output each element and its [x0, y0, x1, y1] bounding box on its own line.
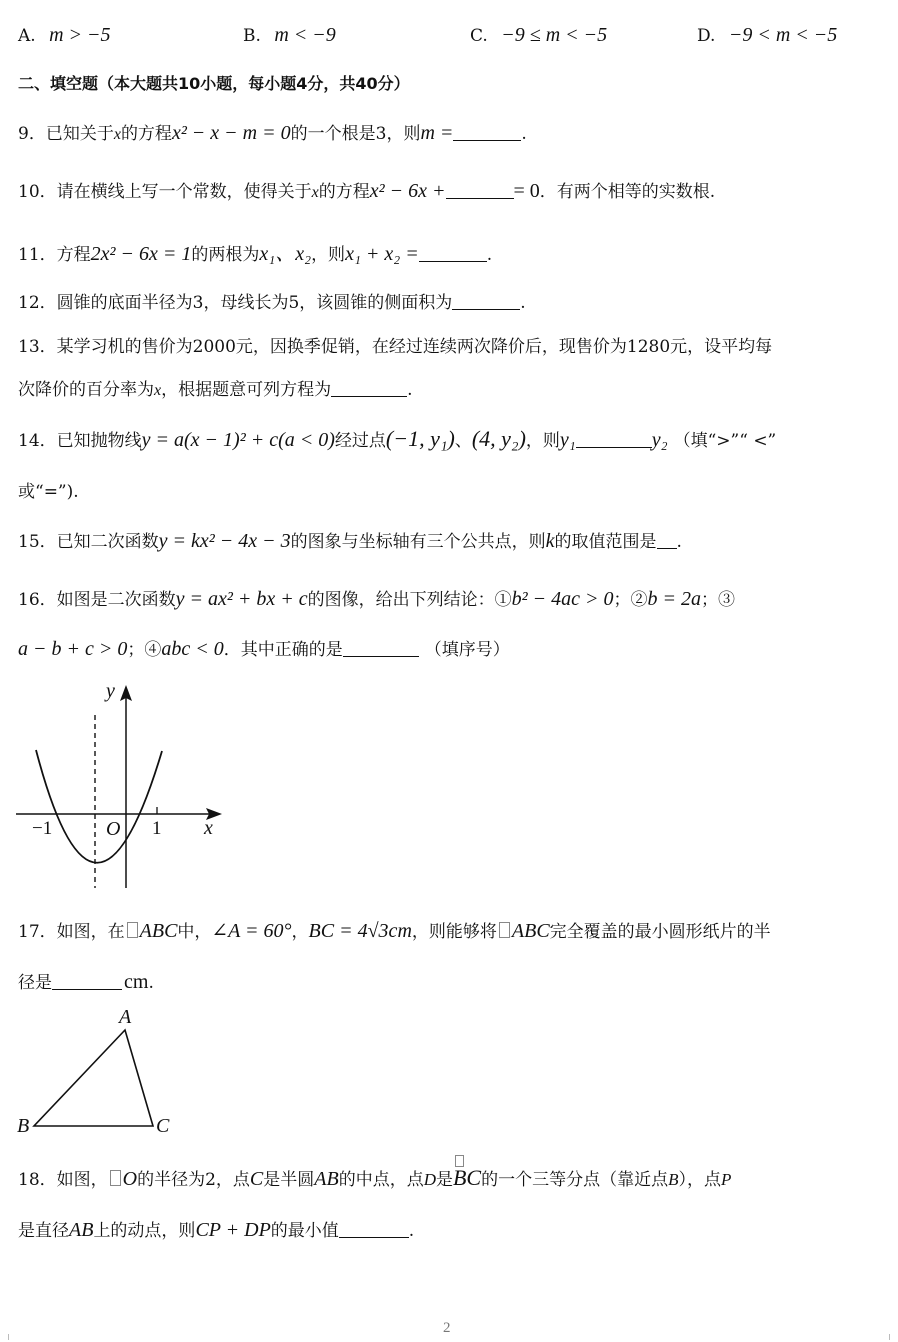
text: 次降价的百分率为 [18, 380, 154, 400]
y-axis-label: y [106, 680, 115, 703]
question-17-line2: 径是cm. [18, 968, 154, 994]
text: 是半圆 [263, 1170, 314, 1190]
option-letter: A. [18, 26, 36, 46]
option-b: B. m < −9 [243, 24, 336, 47]
page-corner-mark [8, 1334, 9, 1340]
text: ．有两个相等的实数根. [540, 182, 715, 202]
text: ），点 [679, 1170, 722, 1190]
question-11: 11．方程2x² − 6x = 1的两根为x₁、x₂，则x₁ + x₂ =. [18, 237, 492, 266]
question-number: 13． [18, 337, 57, 357]
option-letter: D. [697, 26, 715, 46]
text: 经过点 [335, 431, 386, 451]
point: (−1, y₁) [386, 426, 455, 451]
text: ， [292, 922, 309, 942]
math: AB [314, 1168, 338, 1190]
text: ；③ [701, 590, 735, 610]
math: x [114, 126, 121, 143]
text: 如图是二次函数 [57, 590, 176, 610]
text: 、 [455, 431, 472, 451]
text: 径是 [18, 973, 52, 993]
text: 的中点，点 [339, 1170, 424, 1190]
text: （填“>”“ <” [674, 431, 777, 451]
text: 完全覆盖的最小圆形纸片的半 [550, 922, 771, 942]
text: 圆锥的底面半径为3，母线长为5，该圆锥的侧面积为 [57, 293, 453, 313]
question-18-line2: 是直径AB上的动点，则CP + DP的最小值. [18, 1216, 414, 1242]
equation: y = a(x − 1)² + c(a < 0) [142, 429, 335, 451]
math: y₂ [652, 429, 668, 451]
text: ，根据题意可列方程为 [161, 380, 331, 400]
answer-blank[interactable] [52, 972, 122, 990]
question-16-line2: a − b + c > 0；④abc < 0．其中正确的是（填序号） [18, 635, 510, 661]
text: 的方程 [319, 182, 370, 202]
text: 是直径 [18, 1221, 69, 1241]
text: 的图像，给出下列结论：① [308, 590, 512, 610]
question-number: 15． [18, 532, 57, 552]
math: ABC [512, 920, 550, 942]
text: 中， [177, 922, 211, 942]
tick-label-1: 1 [152, 818, 162, 840]
conclusion-4: abc < 0 [161, 638, 223, 660]
text: （填序号） [425, 640, 510, 660]
answer-blank[interactable] [452, 292, 520, 310]
text: . [521, 124, 526, 144]
equation: y = ax² + bx + c [176, 588, 308, 610]
text: ，则 [311, 245, 345, 265]
question-16: 16．如图是二次函数y = ax² + bx + c的图像，给出下列结论：①b²… [18, 585, 735, 611]
circle-symbol-icon [110, 1170, 121, 1186]
x-axis-label: x [204, 817, 213, 840]
text: ，则 [526, 431, 560, 451]
option-expr: m < −9 [274, 24, 335, 46]
math: x₁ + x₂ = [345, 243, 419, 265]
text: 已知抛物线 [57, 431, 142, 451]
question-9: 9．已知关于x的方程x² − x − m = 0的一个根是3，则m =. [18, 119, 527, 145]
question-number: 11． [18, 245, 57, 265]
question-13-line2: 次降价的百分率为x，根据题意可列方程为. [18, 375, 413, 400]
answer-blank[interactable] [446, 181, 514, 199]
answer-blank[interactable] [453, 123, 521, 141]
option-d: D. −9 < m < −5 [697, 24, 837, 47]
text: 是 [436, 1170, 453, 1190]
equation: x² − x − m = 0 [172, 122, 291, 144]
question-15: 15．已知二次函数y = kx² − 4x − 3的图象与坐标轴有三个公共点，则… [18, 527, 682, 553]
question-number: 14． [18, 431, 57, 451]
math: BC [453, 1165, 481, 1190]
math: k [546, 530, 555, 552]
conclusion-3: a − b + c > 0 [18, 638, 127, 660]
math: D [424, 1170, 436, 1189]
conclusion-2: b = 2a [648, 588, 702, 610]
question-number: 17． [18, 922, 57, 942]
text: 如图，在 [57, 922, 125, 942]
math: m = [420, 122, 453, 144]
option-letter: C. [470, 26, 488, 46]
option-expr: −9 ≤ m < −5 [501, 24, 607, 46]
text: 的最小值 [271, 1221, 339, 1241]
equation: x² − 6x + [370, 180, 446, 202]
question-number: 16． [18, 590, 57, 610]
triangle-symbol-icon [499, 922, 510, 938]
option-expr: m > −5 [49, 24, 110, 46]
point: (4, y₂) [472, 426, 526, 451]
triangle-figure: A B C [0, 1000, 260, 1150]
answer-blank[interactable] [576, 430, 652, 448]
question-13: 13．某学习机的售价为2000元，因换季促销，在经过连续两次降价后，现售价为12… [18, 332, 772, 357]
text: 的取值范围是 [555, 532, 657, 552]
math: BC = 4√3cm [309, 920, 412, 942]
text: 如图， [57, 1170, 108, 1190]
arc-symbol-icon [455, 1155, 464, 1167]
question-14-line2: 或“=”). [18, 477, 79, 502]
text: ．其中正确的是 [224, 640, 343, 660]
text: . [487, 245, 492, 265]
text: 上的动点，则 [93, 1221, 195, 1241]
option-letter: B. [243, 26, 261, 46]
text: . [148, 973, 153, 993]
answer-blank[interactable] [343, 639, 419, 657]
text: . [520, 293, 525, 313]
text: 某学习机的售价为2000元，因换季促销，在经过连续两次降价后，现售价为1280元… [57, 337, 773, 357]
origin-label: O [106, 818, 120, 841]
page-corner-mark [889, 1334, 890, 1340]
vertex-b-label: B [17, 1115, 29, 1138]
text: . [677, 532, 682, 552]
text: 的两根为 [191, 245, 259, 265]
math: CP + DP [195, 1219, 270, 1241]
question-18: 18．如图，O的半径为2，点C是半圆AB的中点，点D是BC的一个三等分点（靠近点… [18, 1165, 731, 1191]
answer-blank[interactable] [331, 379, 407, 397]
parabola-figure [0, 670, 260, 900]
text: ；② [614, 590, 648, 610]
equation: = 0 [514, 180, 540, 202]
option-a: A. m > −5 [18, 24, 111, 47]
math: C [250, 1168, 263, 1190]
arc-bc: BC [453, 1165, 481, 1191]
math: AB [69, 1219, 93, 1241]
text: 的图象与坐标轴有三个公共点，则 [291, 532, 546, 552]
text: . [407, 380, 412, 400]
text: 的半径为2，点 [137, 1170, 250, 1190]
text: 的一个根是3，则 [291, 124, 421, 144]
question-17: 17．如图，在ABC中，∠A = 60°，BC = 4√3cm，则能够将ABC完… [18, 917, 771, 943]
text: 的一个三等分点（靠近点 [481, 1170, 668, 1190]
question-number: 10． [18, 182, 57, 202]
question-14: 14．已知抛物线y = a(x − 1)² + c(a < 0)经过点(−1, … [18, 426, 776, 452]
answer-blank[interactable] [339, 1220, 409, 1238]
conclusion-1: b² − 4ac > 0 [512, 588, 614, 610]
text: ，则能够将 [412, 922, 497, 942]
equation: y = kx² − 4x − 3 [159, 530, 291, 552]
option-expr: −9 < m < −5 [729, 24, 837, 46]
option-c: C. −9 ≤ m < −5 [470, 24, 607, 47]
unit: cm [124, 971, 148, 993]
math: O [123, 1168, 137, 1190]
vertex-a-label: A [119, 1006, 131, 1029]
text: 请在横线上写一个常数，使得关于 [57, 182, 312, 202]
question-number: 18． [18, 1170, 57, 1190]
text: 的方程 [121, 124, 172, 144]
question-number: 9． [18, 124, 46, 144]
equation: 2x² − 6x = 1 [91, 243, 192, 265]
text: ；④ [127, 640, 161, 660]
math: x₁、x₂ [259, 243, 311, 265]
math: x [312, 184, 319, 201]
triangle-symbol-icon [127, 922, 138, 938]
text: 已知二次函数 [57, 532, 159, 552]
text: 已知关于 [46, 124, 114, 144]
answer-blank[interactable] [657, 531, 677, 549]
parabola-graph: y x O −1 1 [0, 670, 260, 900]
math: P [721, 1170, 731, 1189]
math: y₁ [560, 429, 576, 451]
question-12: 12．圆锥的底面半径为3，母线长为5，该圆锥的侧面积为. [18, 288, 526, 313]
text: 方程 [57, 245, 91, 265]
page-number: 2 [443, 1320, 451, 1337]
math: ABC [140, 920, 178, 942]
math: ∠A = 60° [211, 920, 291, 942]
question-number: 12． [18, 293, 57, 313]
tick-label-neg1: −1 [32, 818, 52, 840]
math: B [668, 1170, 678, 1189]
answer-blank[interactable] [419, 244, 487, 262]
question-10: 10．请在横线上写一个常数，使得关于x的方程x² − 6x += 0．有两个相等… [18, 177, 715, 203]
section-heading: 二、填空题（本大题共10小题，每小题4分，共40分） [18, 71, 410, 94]
text: . [409, 1221, 414, 1241]
vertex-c-label: C [156, 1115, 169, 1138]
